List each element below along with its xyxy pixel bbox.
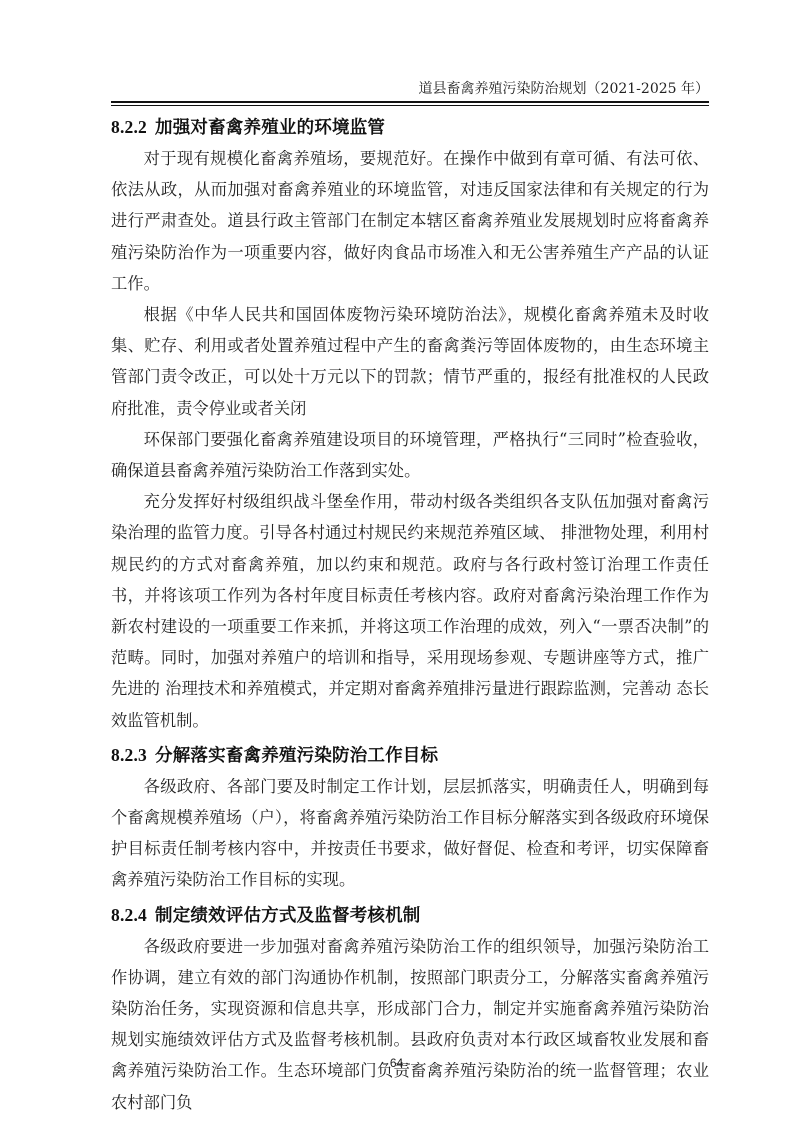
section-title: 分解落实畜禽养殖污染防治工作目标	[155, 746, 438, 766]
paragraph: 各级政府、各部门要及时制定工作计划，层层抓落实，明确责任人，明确到每个畜禽规模养…	[111, 771, 709, 896]
section-heading: 8.2.4制定绩效评估方式及监督考核机制	[111, 900, 709, 931]
section-title: 制定绩效评估方式及监督考核机制	[155, 906, 421, 926]
section-number: 8.2.4	[111, 905, 147, 925]
header-double-rule	[111, 101, 709, 107]
paragraph: 环保部门要强化畜禽养殖建设项目的环境管理，严格执行“三同时”检查验收，确保道县畜…	[111, 424, 709, 486]
section-8-2-2: 8.2.2加强对畜禽养殖业的环境监管 对于现有规模化畜禽养殖场，要规范好。在操作…	[111, 112, 709, 736]
section-heading: 8.2.2加强对畜禽养殖业的环境监管	[111, 112, 709, 143]
paragraph: 根据《中华人民共和国固体废物污染环境防治法》，规模化畜禽养殖未及时收集、贮存、利…	[111, 299, 709, 424]
section-heading: 8.2.3分解落实畜禽养殖污染防治工作目标	[111, 740, 709, 771]
paragraph: 各级政府要进一步加强对畜禽养殖污染防治工作的组织领导，加强污染防治工作协调，建立…	[111, 931, 709, 1118]
paragraph: 对于现有规模化畜禽养殖场，要规范好。在操作中做到有章可循、有法可依、依法从政，从…	[111, 143, 709, 299]
page-body: 8.2.2加强对畜禽养殖业的环境监管 对于现有规模化畜禽养殖场，要规范好。在操作…	[111, 112, 709, 1118]
section-8-2-3: 8.2.3分解落实畜禽养殖污染防治工作目标 各级政府、各部门要及时制定工作计划，…	[111, 740, 709, 896]
header-rule-thin	[111, 105, 709, 106]
section-8-2-4: 8.2.4制定绩效评估方式及监督考核机制 各级政府要进一步加强对畜禽养殖污染防治…	[111, 900, 709, 1118]
header-rule-thick	[111, 101, 709, 103]
paragraph: 充分发挥好村级组织战斗堡垒作用，带动村级各类组织各支队伍加强对畜禽污染治理的监管…	[111, 486, 709, 736]
section-number: 8.2.2	[111, 117, 147, 137]
section-title: 加强对畜禽养殖业的环境监管	[155, 118, 385, 138]
section-number: 8.2.3	[111, 745, 147, 765]
page-number: - 64 -	[0, 1056, 793, 1070]
running-header: 道县畜禽养殖污染防治规划（2021-2025 年）	[111, 80, 709, 98]
